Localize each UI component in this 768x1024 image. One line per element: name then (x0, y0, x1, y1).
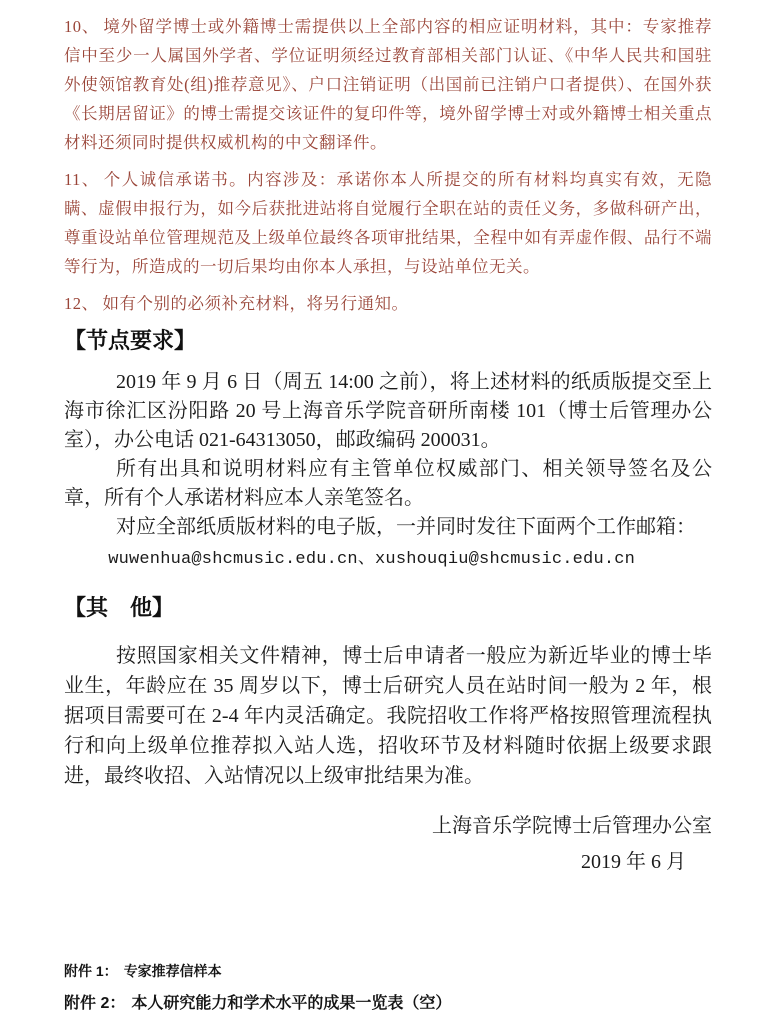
paragraph-other-policy: 按照国家相关文件精神，博士后申请者一般应为新近毕业的博士毕业生，年龄应在 35 … (64, 641, 712, 791)
notice-item-11: 11、个人诚信承诺书。内容涉及：承诺你本人所提交的所有材料均真实有效，无隐瞒、虚… (64, 165, 712, 281)
notice-number: 12、 (64, 294, 103, 313)
attachment-label: 附件 2： (64, 995, 131, 1012)
notice-text: 境外留学博士或外籍博士需提供以上全部内容的相应证明材料，其中：专家推荐信中至少一… (64, 17, 712, 152)
paragraph-email-intro: 对应全部纸质版材料的电子版，一并同时发往下面两个工作邮箱： (64, 513, 712, 542)
paragraph-deadline: 2019 年 9 月 6 日（周五 14:00 之前），将上述材料的纸质版提交至… (64, 368, 712, 455)
email-addresses: wuwenhua@shcmusic.edu.cn、xushouqiu@shcmu… (64, 545, 712, 575)
notices-section: 10、境外留学博士或外籍博士需提供以上全部内容的相应证明材料，其中：专家推荐信中… (64, 12, 712, 318)
paragraph-signature-requirement: 所有出具和说明材料应有主管单位权威部门、相关领导签名及公章，所有个人承诺材料应本… (64, 455, 712, 513)
attachments-section: 附件 1：专家推荐信样本 附件 2：本人研究能力和学术水平的成果一览表（空） (64, 961, 712, 1015)
signature-date: 2019 年 6 月 (64, 847, 712, 877)
attachment-item-1: 附件 1：专家推荐信样本 (64, 961, 712, 981)
notice-item-12: 12、如有个别的必须补充材料，将另行通知。 (64, 289, 712, 318)
notice-text: 个人诚信承诺书。内容涉及：承诺你本人所提交的所有材料均真实有效，无隐瞒、虚假申报… (64, 170, 712, 276)
attachment-label: 附件 1： (64, 963, 124, 979)
attachment-item-2: 附件 2：本人研究能力和学术水平的成果一览表（空） (64, 993, 712, 1015)
section-heading-node-requirements: 【节点要求】 (64, 326, 712, 356)
document-page: 10、境外留学博士或外籍博士需提供以上全部内容的相应证明材料，其中：专家推荐信中… (0, 0, 768, 1024)
attachment-text: 专家推荐信样本 (124, 963, 222, 979)
notice-number: 10、 (64, 17, 103, 36)
signature-organization: 上海音乐学院博士后管理办公室 (64, 811, 712, 841)
notice-item-10: 10、境外留学博士或外籍博士需提供以上全部内容的相应证明材料，其中：专家推荐信中… (64, 12, 712, 157)
notice-text: 如有个别的必须补充材料，将另行通知。 (103, 294, 409, 313)
notice-number: 11、 (64, 170, 104, 189)
section-heading-other: 【其 他】 (64, 593, 712, 623)
attachment-text: 本人研究能力和学术水平的成果一览表（空） (131, 995, 451, 1012)
